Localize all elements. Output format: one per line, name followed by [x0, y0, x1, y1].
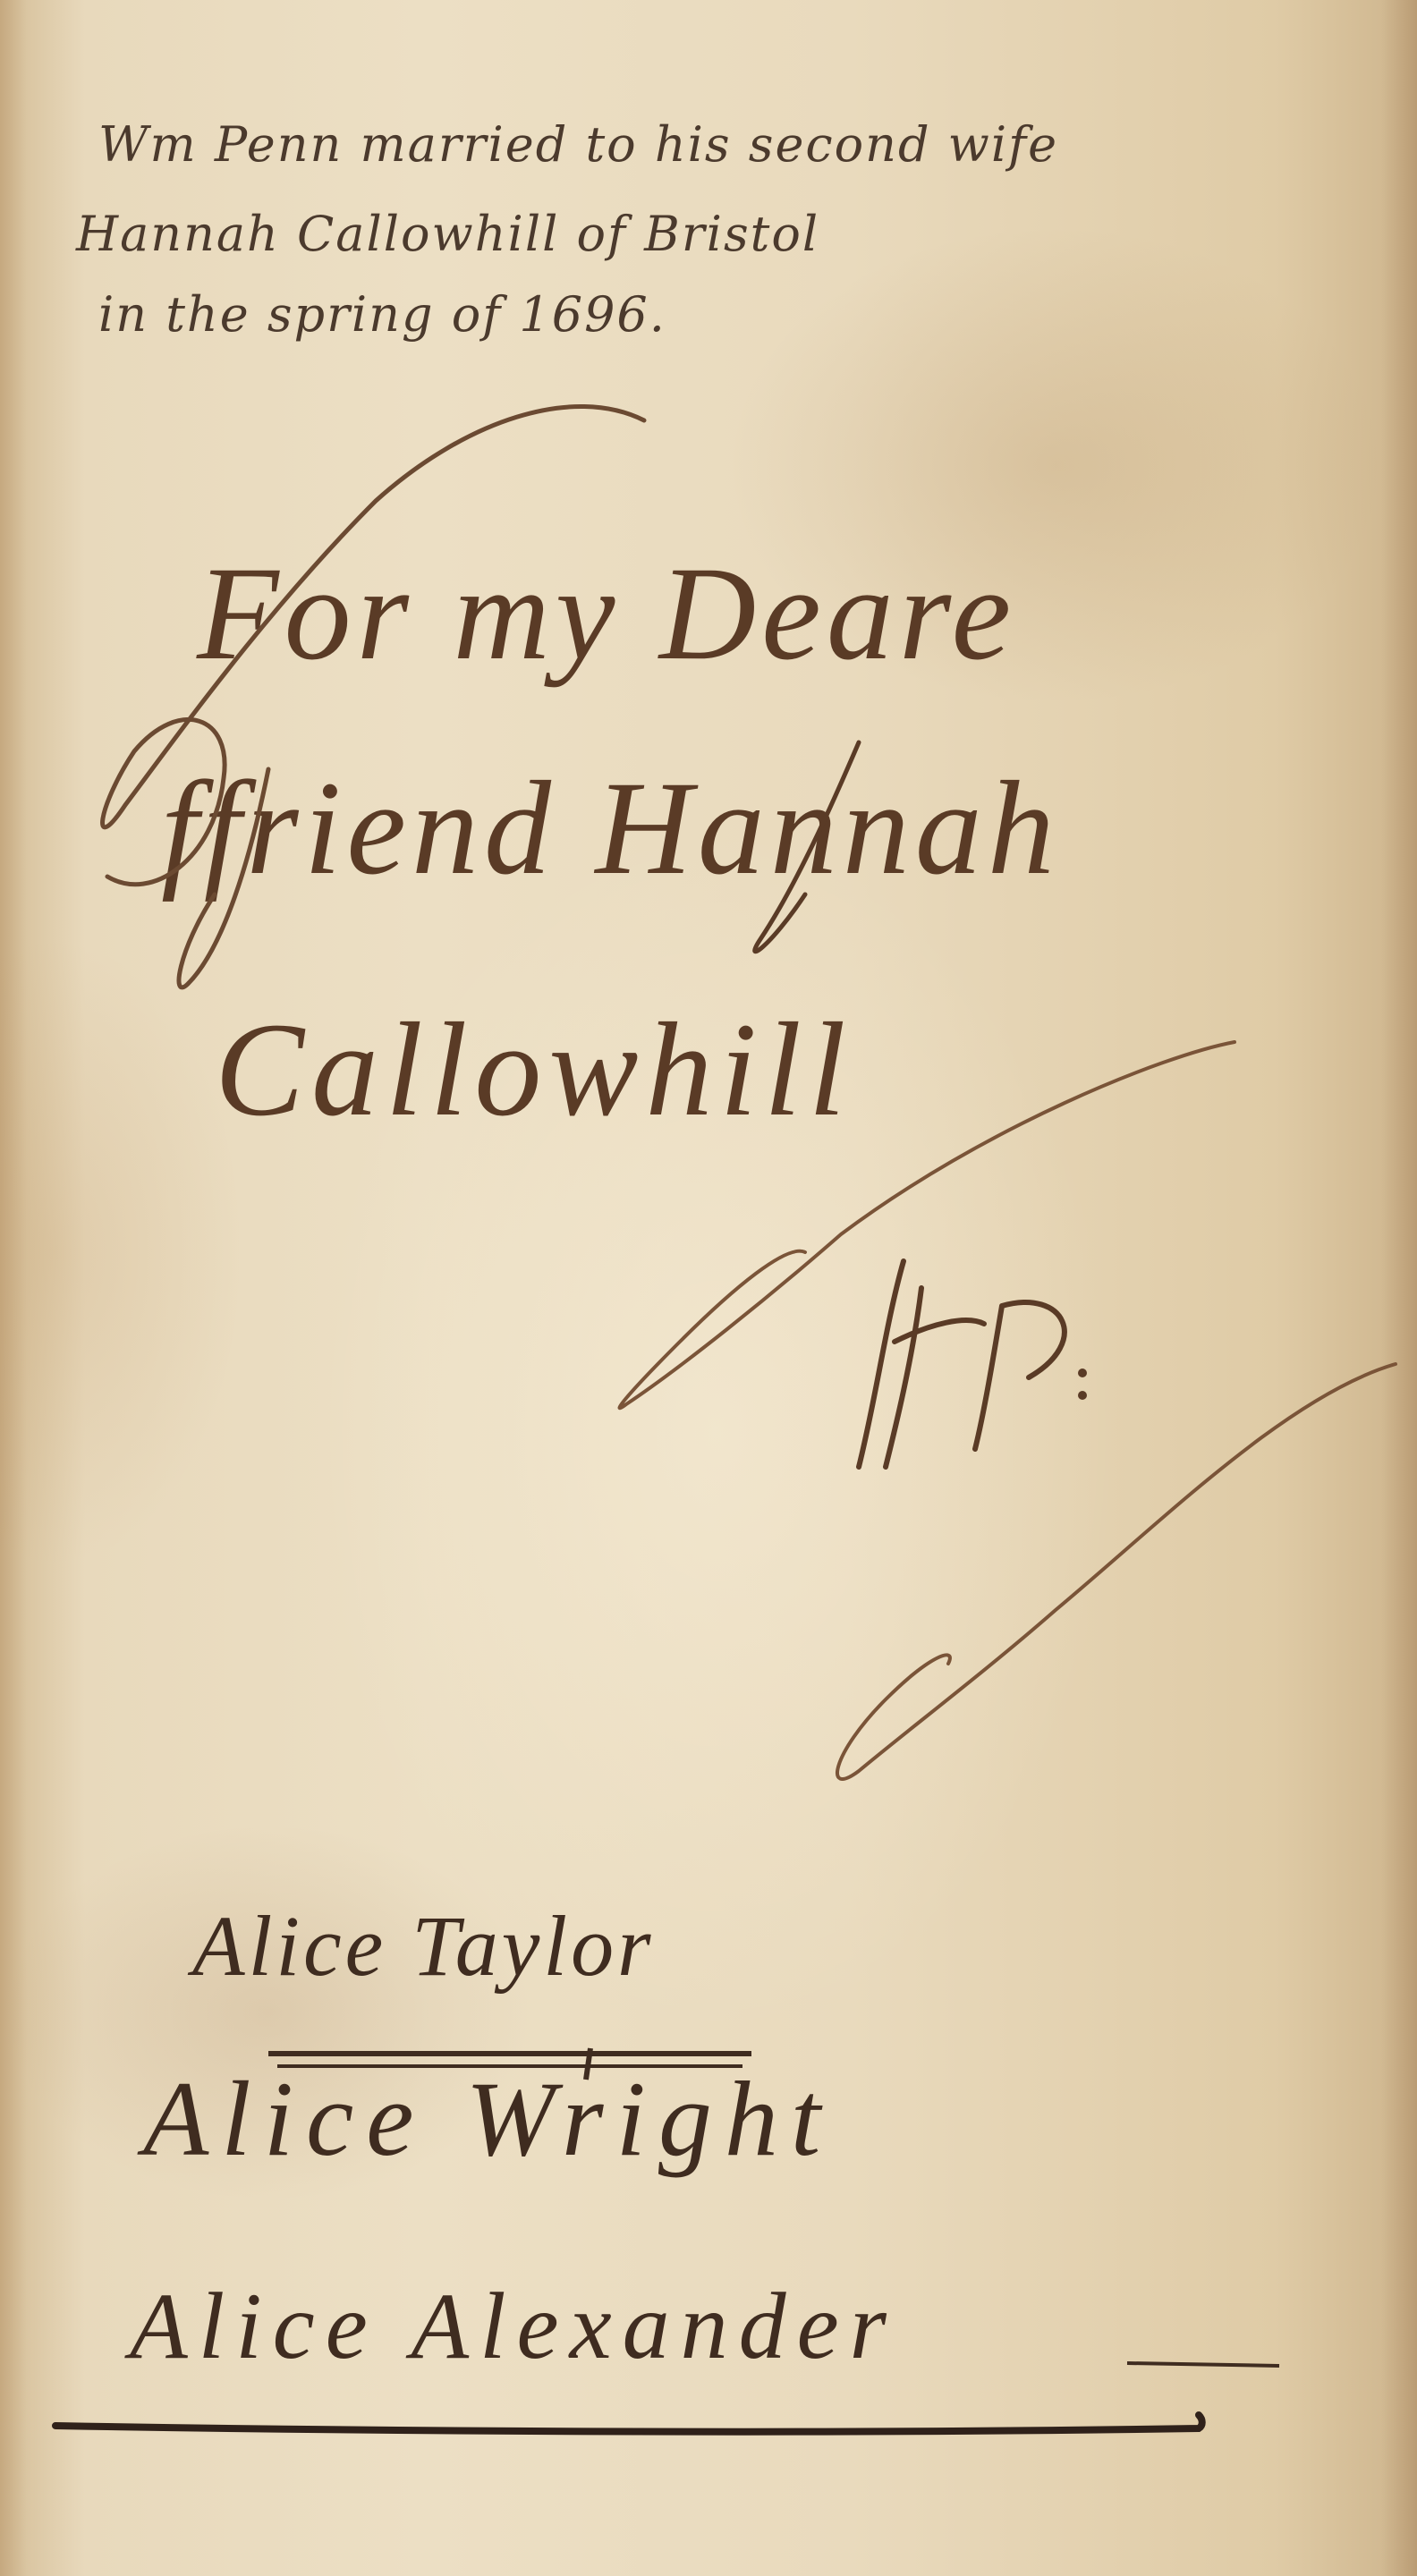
- signature-alice-alexander: Alice Alexander: [130, 2272, 897, 2381]
- ink-flourishes: [0, 0, 1417, 2576]
- wp-monogram: [859, 1261, 1087, 1467]
- dedication-line-1: For my Deare: [197, 537, 1016, 691]
- signature-alice-wright: Alice Wright: [143, 2057, 833, 2181]
- dedication-line-2: ffriend Hannah: [161, 751, 1060, 905]
- annotation-line-2: Hannah Callowhill of Bristol: [76, 206, 819, 262]
- alexander-tail-stroke: [1127, 2363, 1279, 2366]
- dedication-line-3: Callowhill: [215, 993, 853, 1147]
- manuscript-page: Wm Penn married to his second wife Hanna…: [0, 0, 1417, 2576]
- paper-edge-right: [1381, 0, 1417, 2576]
- annotation-line-3: in the spring of 1696.: [98, 286, 666, 343]
- paper-edge-left: [0, 0, 27, 2576]
- annotation-line-1: Wm Penn married to his second wife: [98, 116, 1058, 173]
- signature-alice-taylor: Alice Taylor: [192, 1896, 654, 1996]
- monogram-lower-flourish: [837, 1364, 1396, 1779]
- signature-underlines: [0, 0, 1417, 2576]
- bottom-rule: [55, 2415, 1202, 2432]
